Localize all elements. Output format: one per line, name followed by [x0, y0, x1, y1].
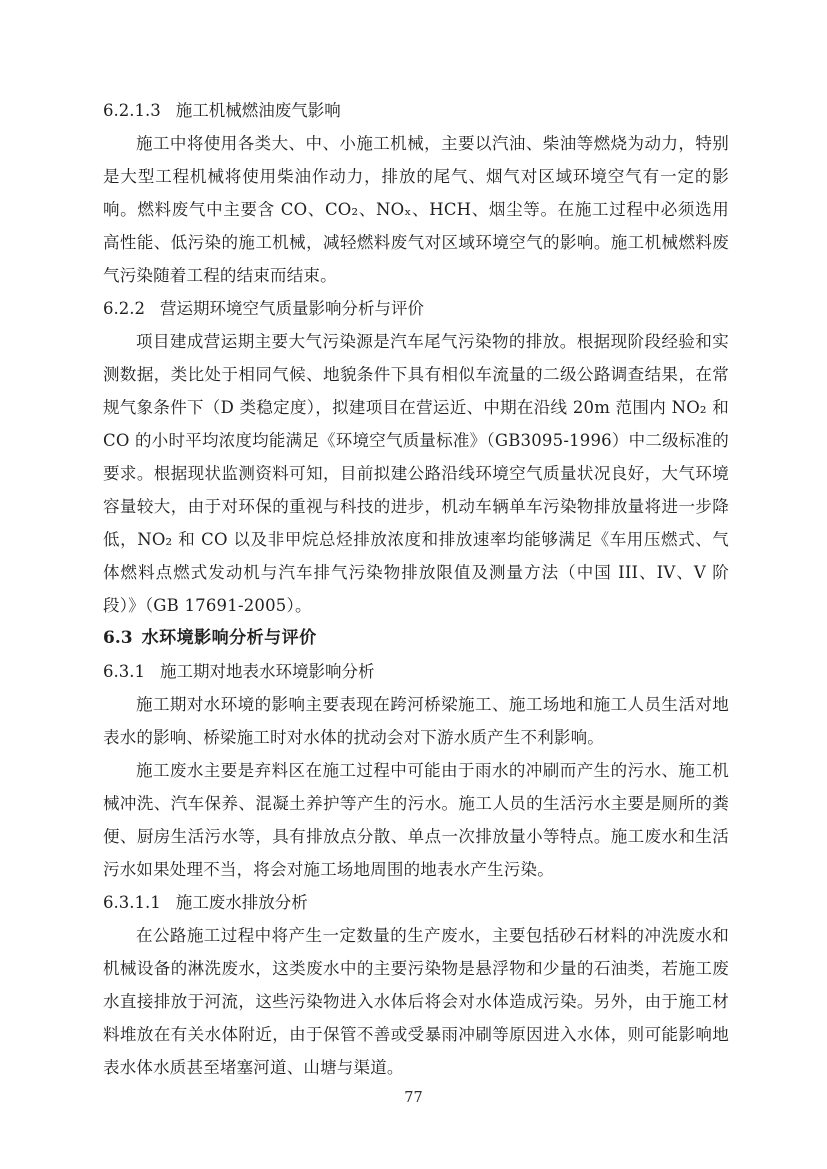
- section-number: 6.3: [103, 622, 133, 655]
- section-title: 施工废水排放分析: [176, 893, 308, 912]
- section-number: 6.2.2: [103, 292, 145, 325]
- section-heading-6213: 6.2.1.3施工机械燃油废气影响: [103, 94, 729, 127]
- paragraph-operation-air-quality: 项目建成营运期主要大气污染源是汽车尾气污染物的排放。根据现阶段经验和实测数据，类…: [103, 325, 729, 622]
- section-title: 施工机械燃油废气影响: [176, 101, 341, 120]
- page-number: 77: [0, 1090, 827, 1106]
- paragraph-fuel-exhaust: 施工中将使用各类大、中、小施工机械，主要以汽油、柴油等燃烧为动力，特别是大型工程…: [103, 127, 729, 292]
- section-title: 施工期对地表水环境影响分析: [160, 662, 375, 681]
- document-body: 6.2.1.3施工机械燃油废气影响 施工中将使用各类大、中、小施工机械，主要以汽…: [103, 94, 729, 1084]
- section-heading-6311: 6.3.1.1施工废水排放分析: [103, 886, 729, 919]
- section-heading-63: 6.3水环境影响分析与评价: [103, 622, 729, 655]
- document-page: 6.2.1.3施工机械燃油废气影响 施工中将使用各类大、中、小施工机械，主要以汽…: [0, 0, 827, 1169]
- section-title: 营运期环境空气质量影响分析与评价: [160, 299, 424, 318]
- section-number: 6.2.1.3: [103, 94, 161, 127]
- section-title: 水环境影响分析与评价: [142, 628, 317, 648]
- paragraph-construction-wastewater: 施工废水主要是弃料区在施工过程中可能由于雨水的冲刷而产生的污水、施工机械冲洗、汽…: [103, 754, 729, 886]
- section-number: 6.3.1.1: [103, 886, 161, 919]
- paragraph-wastewater-discharge-analysis: 在公路施工过程中将产生一定数量的生产废水，主要包括砂石材料的冲洗废水和机械设备的…: [103, 919, 729, 1084]
- section-heading-622: 6.2.2营运期环境空气质量影响分析与评价: [103, 292, 729, 325]
- paragraph-water-impact-overview: 施工期对水环境的影响主要表现在跨河桥梁施工、施工场地和施工人员生活对地表水的影响…: [103, 688, 729, 754]
- section-number: 6.3.1: [103, 655, 145, 688]
- section-heading-631: 6.3.1施工期对地表水环境影响分析: [103, 655, 729, 688]
